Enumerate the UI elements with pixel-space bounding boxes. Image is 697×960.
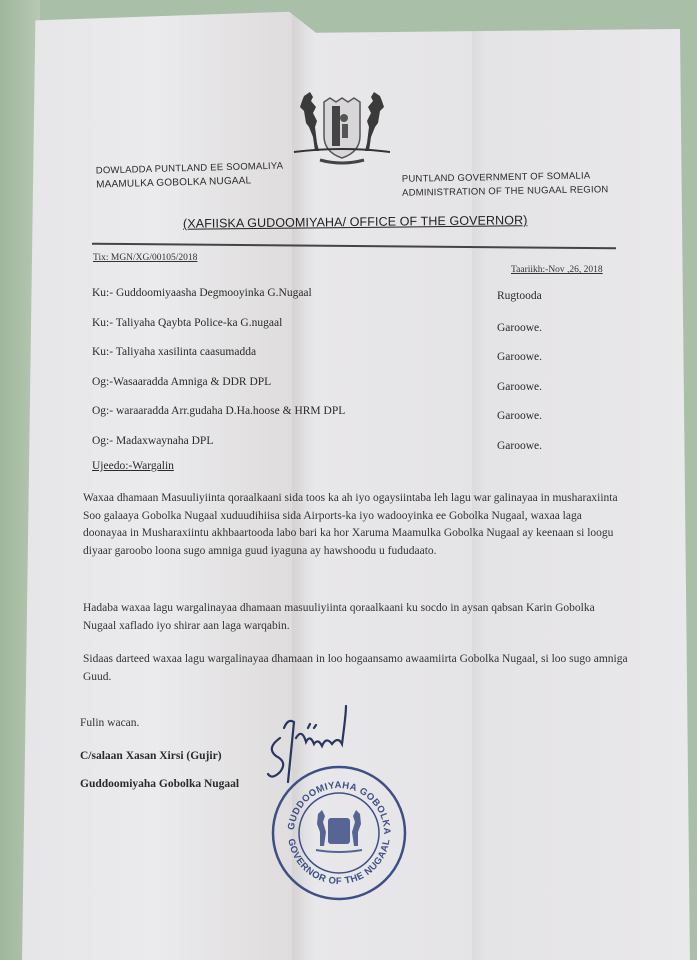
recipient-row: Og:- waraaradda Arr.gudaha D.Ha.hoose & …: [92, 405, 592, 435]
letterhead-somali: DOWLADDA PUNTLAND EE SOOMALIYA MAAMULKA …: [96, 160, 284, 193]
puntland-coat-of-arms-icon: [290, 88, 394, 172]
recipient-name: Og:- waraaradda Arr.gudaha D.Ha.hoose & …: [92, 405, 345, 417]
signer-name: C/salaan Xasan Xirsi (Gujir): [80, 750, 222, 762]
recipient-location: Rugtooda: [497, 290, 542, 302]
recipient-name: Og:- Madaxwaynaha DPL: [92, 435, 213, 447]
recipient-location: Garoowe.: [497, 351, 542, 363]
letterhead-english: PUNTLAND GOVERNMENT OF SOMALIA ADMINISTR…: [402, 169, 609, 201]
subject-line: Ujeedo:-Wargalin: [92, 460, 174, 472]
closing-line: Fulin wacan.: [80, 717, 139, 729]
paper-fold: [472, 6, 486, 960]
reference-number: Tix: MGN/XG/00105/2018: [93, 253, 197, 263]
signer-title: Guddoomiyaha Gobolka Nugaal: [80, 778, 239, 790]
recipient-name: Og:-Wasaaradda Amniga & DDR DPL: [92, 376, 271, 388]
recipient-list: Ku:- Guddoomiyaasha Degmooyinka G.Nugaal…: [92, 287, 592, 464]
recipient-location: Garoowe.: [497, 322, 542, 334]
official-stamp-icon: GUDDOOMIYAHA GOBOLKA NUGAAL GOVERNOR OF …: [268, 762, 410, 904]
body-paragraph: Waxaa dhamaan Masuuliyiinta qoraalkaani …: [83, 490, 628, 560]
recipient-location: Garoowe.: [497, 381, 542, 393]
recipient-row: Ku:- Guddoomiyaasha Degmooyinka G.Nugaal…: [92, 287, 592, 317]
recipient-name: Ku:- Taliyaha Qaybta Police-ka G.nugaal: [92, 317, 282, 329]
recipient-row: Og:-Wasaaradda Amniga & DDR DPL Garoowe.: [92, 376, 592, 406]
recipient-location: Garoowe.: [497, 410, 542, 422]
recipient-location: Garoowe.: [497, 440, 542, 452]
body-paragraph: Hadaba waxaa lagu wargalinayaa dhamaan m…: [83, 600, 628, 635]
recipient-row: Ku:- Taliyaha Qaybta Police-ka G.nugaal …: [92, 317, 592, 347]
body-paragraph: Sidaas darteed waxaa lagu wargalinayaa d…: [83, 651, 628, 686]
recipient-name: Ku:- Guddoomiyaasha Degmooyinka G.Nugaal: [92, 287, 312, 299]
letter-date: Taariikh:-Nov ,26, 2018: [511, 265, 603, 275]
recipient-name: Ku:- Taliyaha xasilinta caasumadda: [92, 346, 256, 358]
recipient-row: Ku:- Taliyaha xasilinta caasumadda Garoo…: [92, 346, 592, 376]
